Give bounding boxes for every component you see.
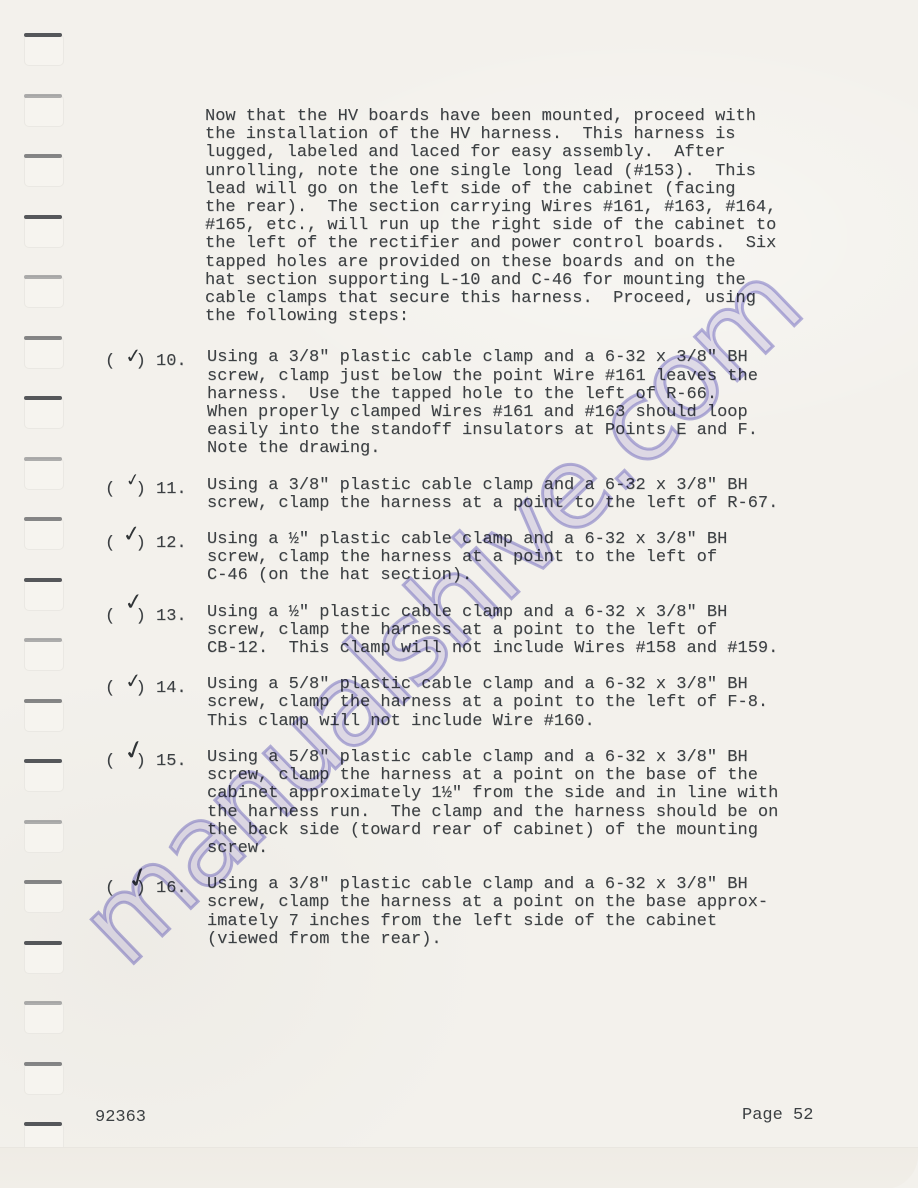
step-line: the harness run. The clamp and the harne… (207, 804, 778, 822)
paren-open: ( (105, 879, 125, 898)
step-line: screw, clamp the harness at a point on t… (207, 767, 778, 785)
step-line: cabinet approximately 1½" from the side … (207, 785, 778, 803)
checkmark-icon: ✓ (124, 347, 136, 366)
step-text: Using a ½" plastic cable clamp and a 6-3… (207, 531, 727, 586)
step-marker: ( ✓) 14. (105, 676, 207, 731)
doc-number: 92363 (95, 1108, 146, 1127)
paren-open: ( (105, 752, 125, 771)
binding-hole-shadow (24, 215, 62, 219)
step-text: Using a ½" plastic cable clamp and a 6-3… (207, 604, 778, 659)
step-line: screw. (207, 840, 778, 858)
step-item: ( ✓) 16.Using a 3/8" plastic cable clamp… (105, 876, 845, 949)
binding-hole (24, 579, 64, 611)
binding-hole-shadow (24, 517, 62, 521)
binding-hole-shadow (24, 759, 62, 763)
paren-open: ( (105, 352, 125, 371)
step-line: Using a ½" plastic cable clamp and a 6-3… (207, 604, 778, 622)
checkmark-icon: ✓ (122, 523, 136, 544)
binding-hole-shadow (24, 699, 62, 703)
step-line: harness. Use the tapped hole to the left… (207, 386, 758, 404)
step-line: This clamp will not include Wire #160. (207, 713, 768, 731)
intro-line: tapped holes are provided on these board… (205, 254, 845, 272)
step-item: ( ✓) 12.Using a ½" plastic cable clamp a… (105, 531, 845, 586)
binding-hole (24, 881, 64, 913)
step-line: Using a 5/8" plastic cable clamp and a 6… (207, 676, 768, 694)
binding-hole (24, 397, 64, 429)
step-item: ( ✓) 10.Using a 3/8" plastic cable clamp… (105, 349, 845, 458)
binding-hole (24, 276, 64, 308)
step-line: Note the drawing. (207, 440, 758, 458)
binding-hole (24, 942, 64, 974)
binding-hole (24, 458, 64, 490)
binding-hole (24, 760, 64, 792)
step-item: ( ✓) 11.Using a 3/8" plastic cable clamp… (105, 477, 845, 513)
step-marker: ( ✓) 12. (105, 531, 207, 586)
step-text: Using a 3/8" plastic cable clamp and a 6… (207, 876, 768, 949)
binding-hole-shadow (24, 820, 62, 824)
binding-hole (24, 639, 64, 671)
binding-hole-shadow (24, 94, 62, 98)
step-line: Using a 3/8" plastic cable clamp and a 6… (207, 477, 778, 495)
binding-hole-shadow (24, 578, 62, 582)
binding-hole-shadow (24, 396, 62, 400)
step-marker: ( ✓) 15. (105, 749, 207, 858)
step-line: easily into the standoff insulators at P… (207, 422, 758, 440)
paren-open: ( (105, 607, 125, 626)
step-line: screw, clamp the harness at a point to t… (207, 694, 768, 712)
intro-line: cable clamps that secure this harness. P… (205, 290, 845, 308)
step-text: Using a 3/8" plastic cable clamp and a 6… (207, 477, 778, 513)
step-line: Using a 3/8" plastic cable clamp and a 6… (207, 349, 758, 367)
binding-hole (24, 337, 64, 369)
steps-list: ( ✓) 10.Using a 3/8" plastic cable clamp… (105, 349, 845, 948)
binding-hole (24, 1063, 64, 1095)
binding-hole-shadow (24, 1001, 62, 1005)
step-number: 16. (156, 879, 187, 898)
step-line: C-46 (on the hat section). (207, 567, 727, 585)
binding-hole (24, 821, 64, 853)
checkmark-icon: ✓ (123, 591, 138, 613)
checkmark-icon: ✓ (124, 672, 136, 691)
page-bottom-edge (0, 1147, 918, 1188)
step-text: Using a 5/8" plastic cable clamp and a 6… (207, 676, 768, 731)
binding-hole (24, 34, 64, 66)
step-line: the back side (toward rear of cabinet) o… (207, 822, 778, 840)
step-line: When properly clamped Wires #161 and #16… (207, 404, 758, 422)
page-content: Now that the HV boards have been mounted… (105, 108, 845, 967)
binding-hole-shadow (24, 880, 62, 884)
checkmark-icon: ✓ (124, 865, 145, 893)
page-number: Page 52 (742, 1106, 813, 1125)
binding-hole-shadow (24, 941, 62, 945)
step-marker: ( ✓) 10. (105, 349, 207, 458)
binding-hole-shadow (24, 457, 62, 461)
step-text: Using a 5/8" plastic cable clamp and a 6… (207, 749, 778, 858)
binding-hole-shadow (24, 33, 62, 37)
intro-line: lugged, labeled and laced for easy assem… (205, 144, 845, 162)
step-number: 15. (156, 752, 187, 771)
step-line: Using a ½" plastic cable clamp and a 6-3… (207, 531, 727, 549)
binding-hole-shadow (24, 154, 62, 158)
binding-hole (24, 95, 64, 127)
binding-hole (24, 155, 64, 187)
intro-line: the left of the rectifier and power cont… (205, 235, 845, 253)
binding-hole (24, 700, 64, 732)
checkmark-icon: ✓ (125, 471, 136, 488)
step-number: 14. (156, 679, 187, 698)
paren-open: ( (105, 679, 125, 698)
step-item: ( ✓) 15.Using a 5/8" plastic cable clamp… (105, 749, 845, 858)
step-marker: ( ✓) 11. (105, 477, 207, 513)
intro-line: the installation of the HV harness. This… (205, 126, 845, 144)
binding-hole-shadow (24, 638, 62, 642)
step-number: 11. (156, 480, 187, 499)
intro-line: lead will go on the left side of the cab… (205, 181, 845, 199)
intro-line: hat section supporting L-10 and C-46 for… (205, 272, 845, 290)
binding-hole-shadow (24, 336, 62, 340)
step-text: Using a 3/8" plastic cable clamp and a 6… (207, 349, 758, 458)
intro-line: unrolling, note the one single long lead… (205, 163, 845, 181)
intro-line: #165, etc., will run up the right side o… (205, 217, 845, 235)
step-line: Using a 5/8" plastic cable clamp and a 6… (207, 749, 778, 767)
binding-holes (0, 0, 80, 1188)
step-number: 13. (156, 607, 187, 626)
step-line: screw, clamp just below the point Wire #… (207, 368, 758, 386)
step-line: screw, clamp the harness at a point to t… (207, 622, 778, 640)
step-line: screw, clamp the harness at a point on t… (207, 894, 768, 912)
binding-hole-shadow (24, 1122, 62, 1126)
intro-line: Now that the HV boards have been mounted… (205, 108, 845, 126)
step-item: ( ✓) 14.Using a 5/8" plastic cable clamp… (105, 676, 845, 731)
binding-hole (24, 216, 64, 248)
step-number: 12. (156, 534, 187, 553)
binding-hole-shadow (24, 1062, 62, 1066)
step-line: Using a 3/8" plastic cable clamp and a 6… (207, 876, 768, 894)
step-marker: ( ✓) 13. (105, 604, 207, 659)
binding-hole (24, 1002, 64, 1034)
intro-line: the rear). The section carrying Wires #1… (205, 199, 845, 217)
step-line: screw, clamp the harness at a point to t… (207, 495, 778, 513)
step-marker: ( ✓) 16. (105, 876, 207, 949)
step-line: (viewed from the rear). (207, 931, 768, 949)
binding-hole (24, 518, 64, 550)
step-line: imately 7 inches from the left side of t… (207, 913, 768, 931)
step-number: 10. (156, 352, 187, 371)
scanned-page: Now that the HV boards have been mounted… (0, 0, 918, 1188)
intro-line: the following steps: (205, 308, 845, 326)
step-item: ( ✓) 13.Using a ½" plastic cable clamp a… (105, 604, 845, 659)
paren-open: ( (105, 480, 125, 499)
intro-paragraph: Now that the HV boards have been mounted… (205, 108, 845, 326)
step-line: screw, clamp the harness at a point to t… (207, 549, 727, 567)
step-line: CB-12. This clamp will not include Wires… (207, 640, 778, 658)
binding-hole-shadow (24, 275, 62, 279)
